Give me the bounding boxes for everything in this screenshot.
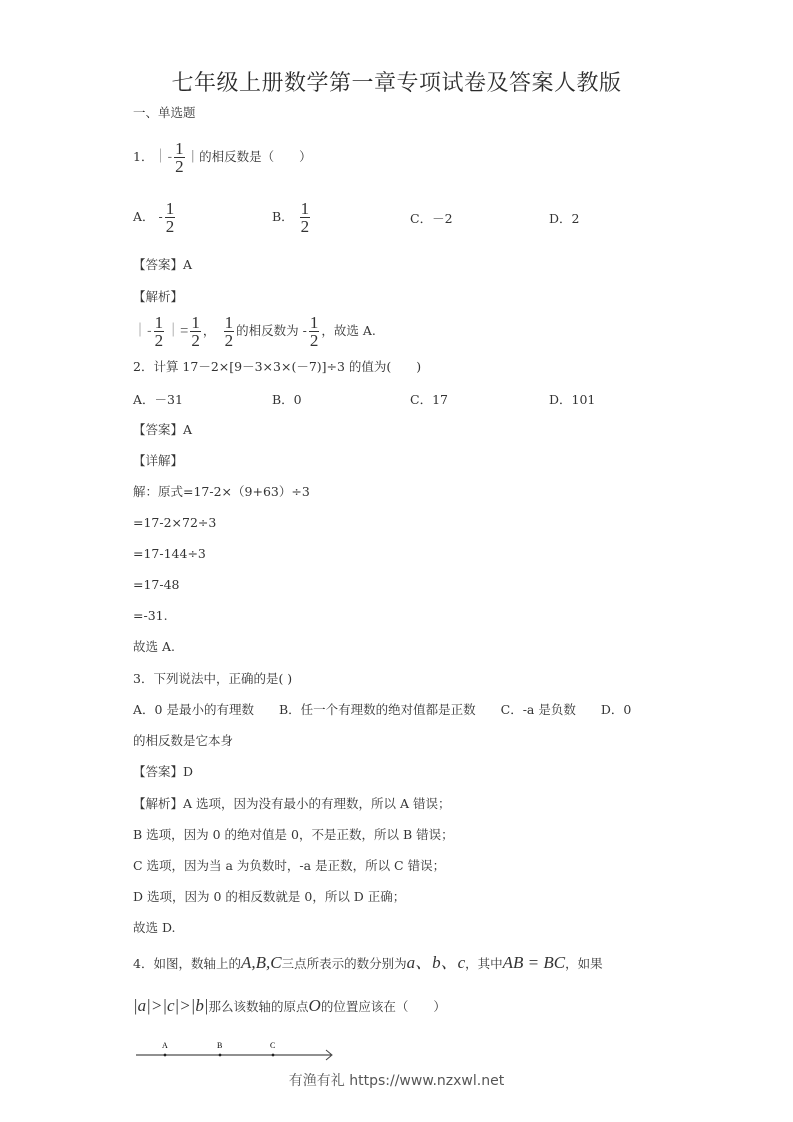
number-line-diagram: A B C [133,1040,338,1066]
option-b: B．0 [272,390,302,408]
solution-step: =-31. [133,607,168,625]
solution-step: 解：原式=17-2×（9+63）÷3 [133,483,310,501]
analysis-1: ｜-12｜=12， 12的相反数为 -12，故选 A. [133,314,376,349]
section-heading: 一、单选题 [133,104,196,122]
point-b-label: B [217,1041,222,1050]
option-a: A．－31 [133,390,183,408]
question-2-stem: 2．计算 17－2×[9－3×3×(－7)]÷3 的值为( ) [133,358,421,376]
question-1-stem: 1．｜-12｜的相反数是（ ） [133,140,312,175]
question-3-options: A．0 是最小的有理数 B．任一个有理数的绝对值都是正数 C．-a 是负数 D．… [133,701,631,719]
question-4-stem: 4．如图，数轴上的A,B,C三点所表示的数分别为a、b、c，其中AB = BC，… [133,954,603,973]
fraction: 12 [174,140,185,175]
analysis-3: 【解析】A 选项，因为没有最小的有理数，所以 A 错误； [133,795,450,813]
solution-step: 故选 A. [133,638,175,656]
solution-step: =17-144÷3 [133,545,206,563]
analysis-3: B 选项，因为 0 的绝对值是 0，不是正数，所以 B 错误； [133,826,454,844]
page-title: 七年级上册数学第一章专项试卷及答案人教版 [0,66,793,97]
point-a-label: A [162,1041,168,1050]
analysis-3: 故选 D. [133,919,176,937]
solution-step: =17-2×72÷3 [133,514,216,532]
analysis-3: D 选项，因为 0 的相反数就是 0，所以 D 正确； [133,888,405,906]
option-d: D．101 [549,390,595,408]
question-3-options-cont: 的相反数是它本身 [133,732,233,750]
answer-2: 【答案】A [133,421,192,439]
option-c: C．－2 [410,209,453,227]
analysis-3: C 选项，因为当 a 为负数时，-a 是正数，所以 C 错误； [133,857,445,875]
document-page: 七年级上册数学第一章专项试卷及答案人教版 一、单选题 1．｜-12｜的相反数是（… [0,0,793,1122]
option-d: D．2 [549,209,579,227]
question-3-stem: 3．下列说法中，正确的是( ) [133,670,292,688]
point-c-label: C [270,1041,275,1050]
answer-3: 【答案】D [133,763,193,781]
solution-step: =17-48 [133,576,180,594]
question-4-stem-cont: |a|>|c|>|b|那么该数轴的原点O的位置应该在（ ） [133,997,446,1016]
option-b: B． 12 [272,200,312,235]
option-a: A． -12 [133,200,177,235]
answer-1: 【答案】A [133,256,192,274]
option-c: C．17 [410,390,448,408]
watermark-footer: 有渔有礼 https://www.nzxwl.net [0,1070,793,1090]
analysis-label-1: 【解析】 [133,288,183,306]
detail-label-2: 【详解】 [133,452,183,470]
